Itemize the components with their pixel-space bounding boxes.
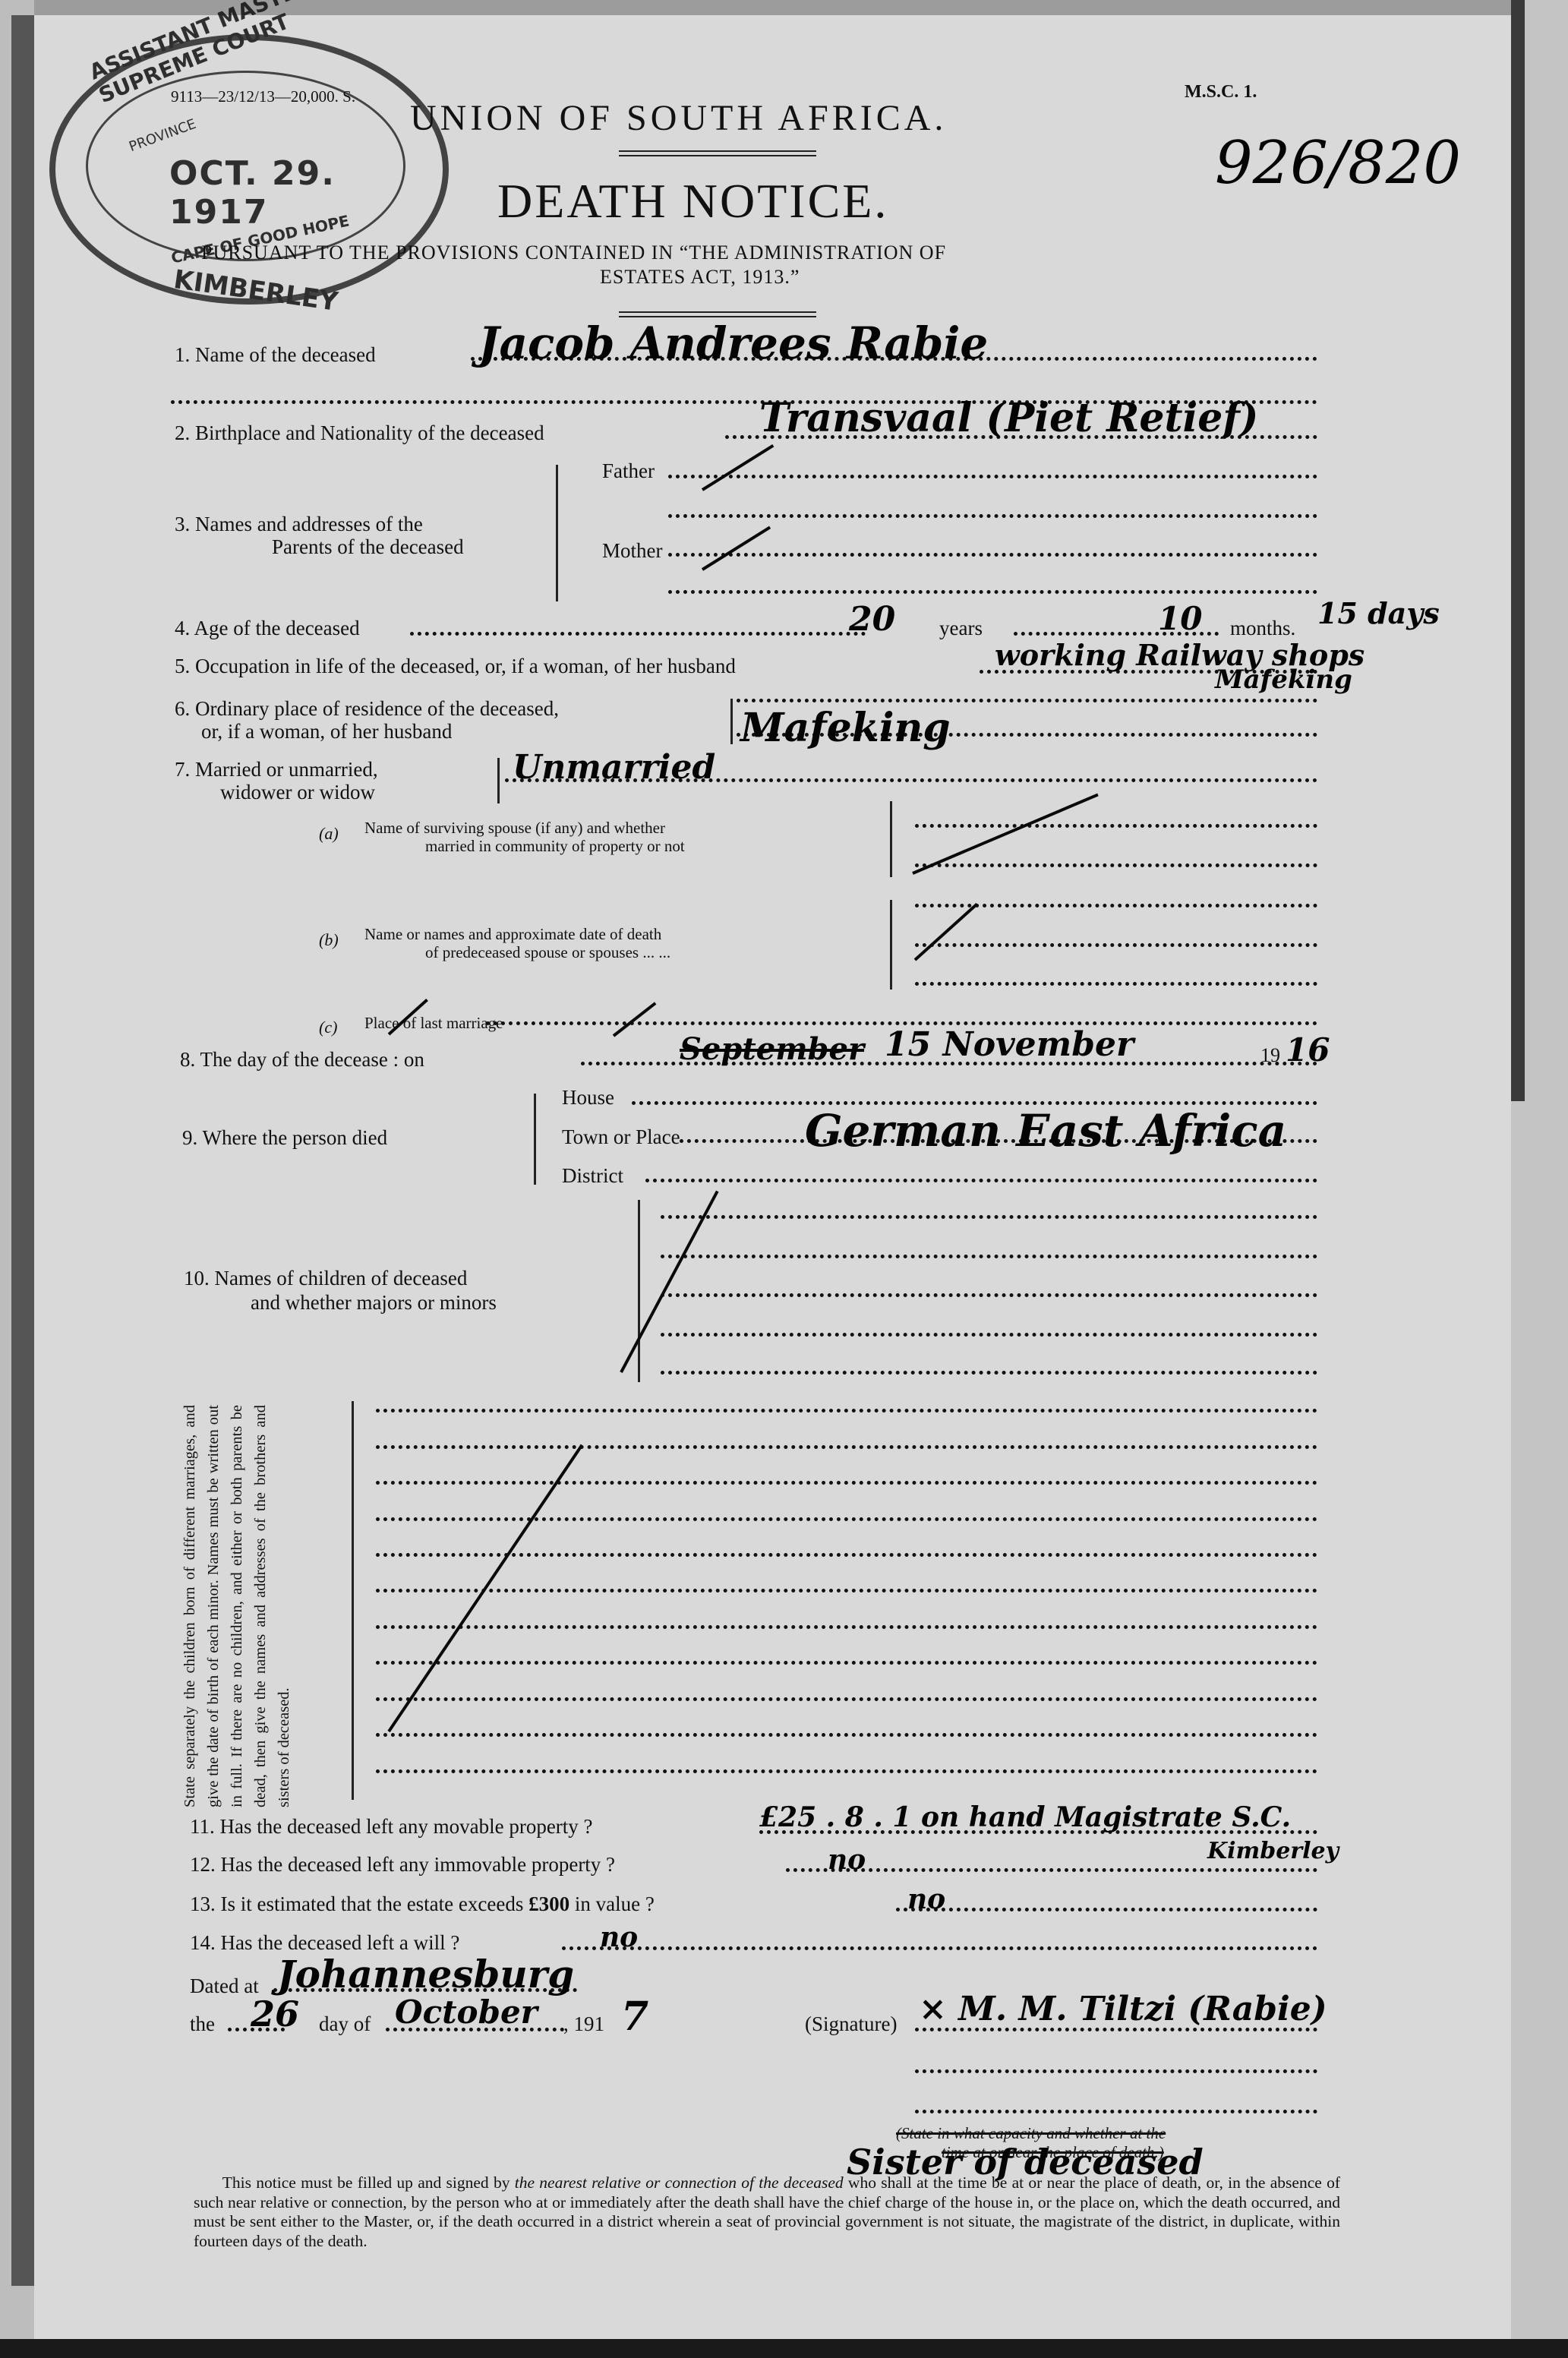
field-6-line (737, 699, 1317, 702)
signature-line-3 (915, 2110, 1317, 2113)
district-line (645, 1179, 1317, 1182)
field-4-label: 4. Age of the deceased (175, 617, 360, 640)
marital-status-value[interactable]: Unmarried (513, 748, 715, 787)
field-7a-brace (890, 801, 892, 877)
will-value[interactable]: no (600, 1921, 638, 1953)
age-months-value[interactable]: 10 (1158, 600, 1202, 637)
estate-exceeds-value[interactable]: no (907, 1883, 945, 1915)
field-7c-marker: (c) (319, 1018, 337, 1037)
field-8-label: 8. The day of the decease : on (180, 1048, 424, 1072)
years-label: years (939, 617, 983, 640)
subtitle-line-1: PURSUANT TO THE PROVISIONS CONTAINED IN … (201, 241, 946, 264)
field-7b-line-3 (915, 982, 1317, 986)
age-line (410, 632, 866, 636)
field-1-value[interactable]: Jacob Andrees Rabie (478, 317, 988, 369)
detail-line-7 (376, 1625, 1317, 1629)
field-13-line (896, 1908, 1317, 1911)
scan-left-edge (0, 0, 34, 2358)
mother-label: Mother (602, 539, 662, 563)
the-label: the (190, 2012, 215, 2036)
occupation-value-2[interactable]: Mafeking (1215, 664, 1352, 695)
age-days-value[interactable]: 15 days (1317, 596, 1440, 630)
day-of-label: day of (319, 2012, 371, 2036)
field-7b-marker: (b) (319, 930, 339, 950)
residence-value[interactable]: Mafeking (740, 705, 951, 751)
field-9-label: 9. Where the person died (182, 1126, 387, 1150)
field-10-brace (638, 1200, 640, 1382)
day-value[interactable]: 26 (251, 1993, 299, 2034)
children-line-3 (661, 1293, 1317, 1297)
field-2-label: 2. Birthplace and Nationality of the dec… (175, 421, 544, 445)
field-8-struck-value: September (680, 1031, 864, 1067)
page-title: DEATH NOTICE. (497, 173, 888, 229)
dated-at-label: Dated at (190, 1974, 259, 1998)
father-line-2 (668, 514, 1317, 518)
movable-property-value[interactable]: £25 . 8 . 1 on hand Magistrate S.C. (759, 1801, 1291, 1833)
field-7-label-1: 7. Married or unmarried, (175, 758, 378, 781)
field-7-label-2: widower or widow (220, 781, 375, 804)
children-line-1 (661, 1215, 1317, 1219)
field-5-label: 5. Occupation in life of the deceased, o… (175, 655, 736, 678)
field-7c-label: Place of last marriage (364, 1014, 503, 1033)
field-7a-marker: (a) (319, 824, 339, 844)
children-line-5 (661, 1371, 1317, 1375)
field-13-label-post: in value ? (569, 1892, 655, 1915)
field-14-line (562, 1946, 1317, 1950)
field-7a-label-2: married in community of property or not (425, 837, 685, 856)
field-6-brace (730, 699, 733, 744)
field-6-label-2: or, if a woman, of her husband (201, 720, 452, 743)
instructions-brace (352, 1401, 354, 1800)
detail-line-2 (376, 1445, 1317, 1449)
field-1-label: 1. Name of the deceased (175, 343, 376, 367)
month-value[interactable]: October (395, 1993, 538, 2031)
field-7a-label-1: Name of surviving spouse (if any) and wh… (364, 819, 665, 838)
signature-line-2 (915, 2069, 1317, 2073)
capacity-instruction-1: (State in what capacity and whether at t… (896, 2124, 1166, 2143)
town-label: Town or Place (562, 1125, 680, 1149)
year-value[interactable]: 7 (621, 1993, 648, 2040)
decease-date-value[interactable]: 15 November (885, 1025, 1134, 1064)
detail-line-4 (376, 1517, 1317, 1521)
detail-line-9 (376, 1697, 1317, 1701)
detail-line-11 (376, 1769, 1317, 1773)
mother-line-2 (668, 590, 1317, 594)
place-of-death-value[interactable]: German East Africa (805, 1105, 1286, 1157)
file-number: 926/820 (1215, 129, 1461, 197)
field-3-label-1: 3. Names and addresses of the (175, 513, 423, 536)
field-7b-label-1: Name or names and approximate date of de… (364, 925, 661, 944)
decease-year-prefix: 19 (1260, 1044, 1280, 1067)
detail-line-8 (376, 1661, 1317, 1665)
field-3-label-2: Parents of the deceased (272, 535, 464, 559)
signature-value[interactable]: × M. M. Tiltzi (Rabie) (919, 1990, 1327, 2028)
scan-right-edge (1511, 0, 1568, 2358)
print-code: 9113—23/12/13—20,000. S. (171, 87, 355, 106)
detail-line-6 (376, 1589, 1317, 1593)
children-line-4 (661, 1333, 1317, 1337)
detail-line-5 (376, 1553, 1317, 1557)
decease-year-value[interactable]: 16 (1286, 1031, 1330, 1069)
age-years-value[interactable]: 20 (849, 600, 895, 639)
field-7b-brace (890, 900, 892, 990)
year-prefix: , 191 (563, 2012, 604, 2036)
form-code: M.S.C. 1. (1185, 82, 1257, 103)
field-13-label-pre: 13. Is it estimated that the estate exce… (190, 1892, 528, 1915)
scan-bottom-edge (0, 2339, 1568, 2358)
field-13-amount: £300 (528, 1892, 569, 1915)
field-3-brace (556, 465, 558, 601)
field-2-value[interactable]: Transvaal (Piet Retief) (759, 395, 1258, 441)
field-11-label: 11. Has the deceased left any movable pr… (190, 1815, 593, 1839)
field-7a-line-2 (915, 863, 1317, 867)
country-heading: UNION OF SOUTH AFRICA. (410, 97, 947, 139)
father-line (668, 475, 1317, 478)
footer-text-pre: This notice must be filled up and signed… (222, 2173, 515, 2192)
heading-rule (619, 150, 816, 156)
signature-label: (Signature) (805, 2012, 897, 2036)
field-6-label-1: 6. Ordinary place of residence of the de… (175, 697, 559, 721)
field-7-brace (497, 758, 500, 803)
house-label: House (562, 1086, 614, 1110)
children-line-2 (661, 1255, 1317, 1258)
detail-line-1 (376, 1409, 1317, 1413)
field-7b-line-2 (915, 943, 1317, 947)
father-label: Father (602, 459, 655, 483)
field-12-label: 12. Has the deceased left any immovable … (190, 1853, 615, 1877)
detail-line-10 (376, 1733, 1317, 1737)
field-7b-label-2: of predeceased spouse or spouses ... ... (425, 943, 670, 962)
immovable-property-value[interactable]: no (828, 1844, 866, 1876)
subtitle-rule (619, 311, 816, 317)
district-label: District (562, 1164, 623, 1188)
dated-at-value[interactable]: Johannesburg (277, 1952, 574, 1997)
detail-line-3 (376, 1481, 1317, 1485)
children-instructions: State separately the children born of di… (178, 1405, 296, 1807)
footer-notice: This notice must be filled up and signed… (194, 2173, 1340, 2251)
mother-line (668, 553, 1317, 557)
months-label: months. (1230, 617, 1295, 640)
field-7a-line (915, 824, 1317, 828)
field-13-label: 13. Is it estimated that the estate exce… (190, 1892, 655, 1916)
field-10-label-2: and whether majors or minors (251, 1291, 497, 1315)
subtitle-line-2: ESTATES ACT, 1913.” (600, 266, 800, 289)
field-10-label-1: 10. Names of children of deceased (184, 1267, 467, 1290)
footer-text-italic: the nearest relative or connection of th… (515, 2173, 844, 2192)
field-9-brace (534, 1094, 536, 1185)
movable-property-value-2[interactable]: Kimberley (1207, 1838, 1339, 1864)
